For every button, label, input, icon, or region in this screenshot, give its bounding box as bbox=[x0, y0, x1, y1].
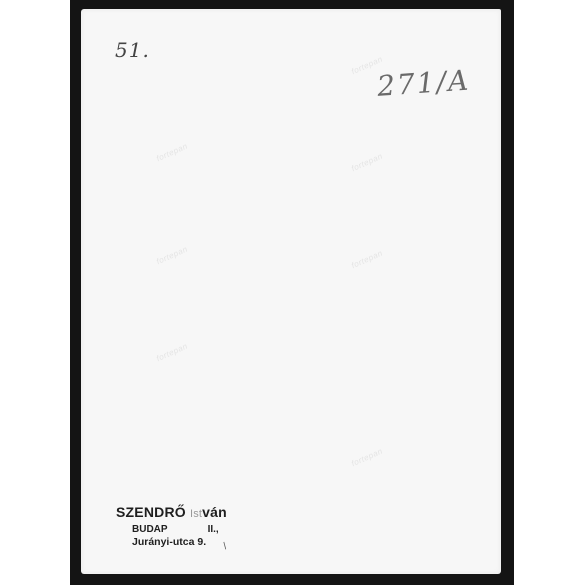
stamp-surname: SZENDRŐ bbox=[116, 504, 186, 520]
stamp-firstname-faint: Ist bbox=[190, 508, 202, 520]
stamp-street: Jurányi-utca 9. bbox=[116, 536, 227, 548]
photographer-stamp: SZENDRŐ István BUDAPII., Jurányi-utca 9. bbox=[116, 504, 227, 548]
stamp-district: II., bbox=[208, 524, 219, 535]
stamp-firstname-end: ván bbox=[202, 504, 227, 520]
handwritten-catalog-number: 271/A bbox=[376, 64, 471, 103]
handwritten-number: 51. bbox=[115, 38, 150, 62]
stamp-city: BUDAP bbox=[132, 524, 168, 535]
